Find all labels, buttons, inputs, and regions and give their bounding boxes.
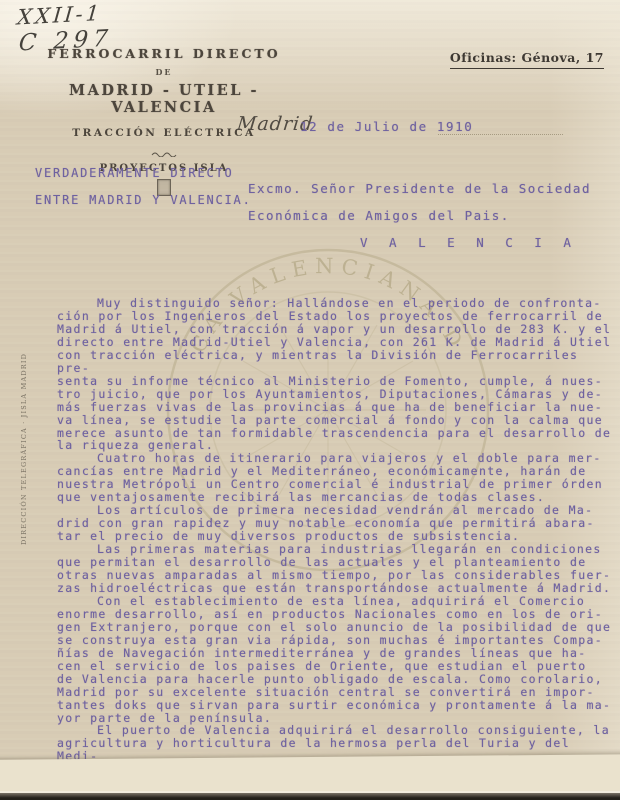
margin-telegraph-address: DIRECCIÓN TELEGRÁFICA · JISLA MADRID	[20, 335, 28, 545]
slogan-line: VERDADERAMENTE DIRECTO	[35, 160, 252, 187]
body-paragraph: Los artículos de primera necesidad vendr…	[57, 504, 617, 543]
slogan-line: ENTRE MADRID Y VALENCIA.	[35, 187, 252, 214]
dotted-rule	[438, 133, 563, 135]
addressee-line: Excmo. Señor Presidente de la Sociedad	[248, 175, 591, 202]
scan-edge-shadow	[0, 793, 620, 800]
letter-body: Muy distinguido señor: Hallándose en el …	[57, 297, 617, 776]
body-paragraph: Muy distinguido señor: Hallándose en el …	[57, 297, 617, 452]
scanned-letter-page: CA VALENCIANA D XXII-1 C 297 FERROCARRIL…	[0, 0, 620, 800]
dateline-date: 12 de Julio de 1910	[300, 119, 473, 134]
body-paragraph: Las primeras materias para industrias ll…	[57, 543, 617, 595]
body-paragraph: Con el establecimiento de esta línea, ad…	[57, 595, 617, 725]
body-paragraph: Cuatro horas de itinerario para viajeros…	[57, 452, 617, 504]
wave-ornament-icon	[38, 142, 290, 161]
slogan: VERDADERAMENTE DIRECTO ENTRE MADRID Y VA…	[35, 160, 252, 214]
letterhead-de: DE	[38, 67, 290, 77]
letterhead-route: MADRID - UTIEL - VALENCIA	[38, 82, 290, 116]
letterhead-title: FERROCARRIL DIRECTO	[38, 46, 290, 61]
addressee-block: Excmo. Señor Presidente de la Sociedad E…	[248, 175, 591, 256]
addressee-city: V A L E N C I A	[360, 229, 591, 256]
offices-address: Oficinas: Génova, 17	[450, 50, 604, 69]
addressee-line: Económica de Amigos del Pais.	[248, 202, 591, 229]
